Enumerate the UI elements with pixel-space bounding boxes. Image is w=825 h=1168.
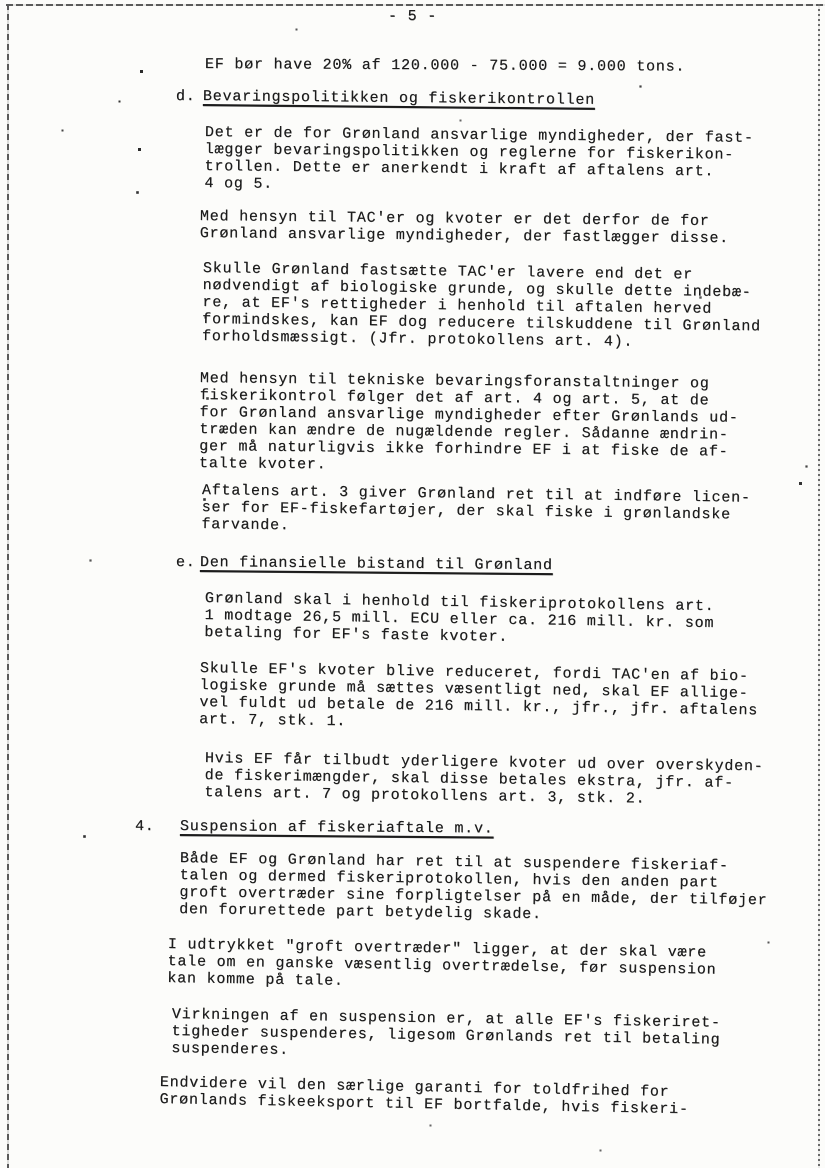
paragraph: Aftalens art. 3 giver Grønland ret til a…	[201, 482, 751, 541]
intro-line: EF bør have 20% af 120.000 - 75.000 = 9.…	[205, 56, 685, 76]
section-d-marker: d.	[176, 88, 196, 105]
section-e-marker: e.	[176, 554, 196, 571]
paragraph: Med hensyn til TAC'er og kvoter er det d…	[200, 208, 730, 247]
scanned-document-page: - 5 - EF bør have 20% af 120.000 - 75.00…	[0, 0, 825, 1168]
paragraph: Endvidere vil den særlige garanti for to…	[159, 1074, 689, 1118]
paragraph: Virkningen af en suspension er, at alle …	[171, 1006, 721, 1066]
scan-border-right	[818, 4, 820, 1168]
paragraph: Skulle Grønland fastsætte TAC'er lavere …	[202, 260, 762, 352]
section-d-heading: Bevaringspolitikken og fiskerikontrollen	[203, 88, 595, 109]
paragraph: Skulle EF's kvoter blive reduceret, ford…	[199, 660, 759, 736]
paragraph: I udtrykket "groft overtræder" ligger, a…	[167, 936, 717, 996]
section-e-heading: Den finansielle bistand til Grønland	[200, 554, 553, 574]
section-4-heading: Suspension af fiskeriaftale m.v.	[180, 818, 494, 837]
scan-speckles	[0, 0, 1, 1]
paragraph: Det er de for Grønland ansvarlige myndig…	[204, 124, 754, 198]
paragraph: Grønland skal i henhold til fiskeriproto…	[204, 590, 714, 649]
paragraph: Både EF og Grønland har ret til at suspe…	[179, 850, 768, 926]
scan-border-left	[7, 4, 9, 1168]
section-4-marker: 4.	[135, 818, 155, 835]
paragraph: Med hensyn til tekniske bevaringsforanst…	[199, 370, 739, 478]
page-number: - 5 -	[0, 8, 825, 25]
paragraph: Hvis EF får tilbudt yderligere kvoter ud…	[204, 750, 763, 809]
scan-border-top	[6, 4, 825, 6]
